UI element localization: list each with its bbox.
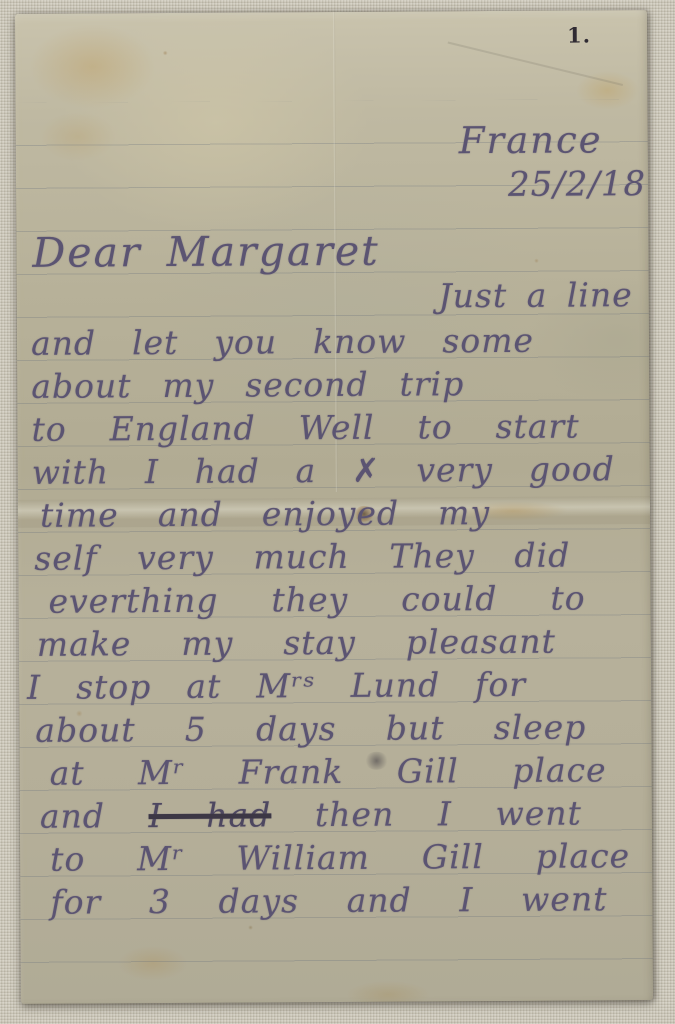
- letter-line: with I had a ✗ very good: [32, 450, 615, 491]
- struck-line-before: and: [40, 796, 149, 836]
- struck-line-after: then I went: [271, 793, 582, 834]
- letter-line: about my second trip: [31, 365, 464, 406]
- dateline-place: France: [459, 118, 603, 162]
- letter-line: make my stay pleasant: [37, 623, 556, 664]
- letter-line: to Mʳ William Gill place: [50, 837, 630, 878]
- letter-line: about 5 days but sleep: [35, 708, 586, 749]
- letter-line: at Mʳ Frank Gill place: [50, 751, 607, 792]
- letter-line: I stop at Mʳˢ Lund for: [27, 666, 526, 707]
- page-number: 1.: [567, 22, 591, 47]
- letter-line-struck: and I had then I went: [40, 794, 582, 835]
- fabric-background: { "document": { "kind": "handwritten-let…: [0, 0, 675, 1024]
- letter-page: 1. France 25/2/18 Dear Margaret Just a l…: [15, 10, 653, 1004]
- letter-line: self very much They did: [34, 537, 570, 578]
- letter-line: Just a line: [317, 276, 633, 316]
- letter-line: time and enjoyed my: [40, 494, 490, 535]
- letter-line: to England Well to start: [31, 407, 579, 448]
- salutation: Dear Margaret: [32, 227, 380, 277]
- letter-line: for 3 days and I went: [50, 880, 607, 921]
- struck-text: I had: [148, 795, 271, 835]
- letter-line: and let you know some: [31, 322, 534, 363]
- letter-line: everthing they could to: [48, 579, 585, 620]
- dateline-date: 25/2/18: [508, 164, 646, 205]
- diagonal-crease: [448, 42, 623, 86]
